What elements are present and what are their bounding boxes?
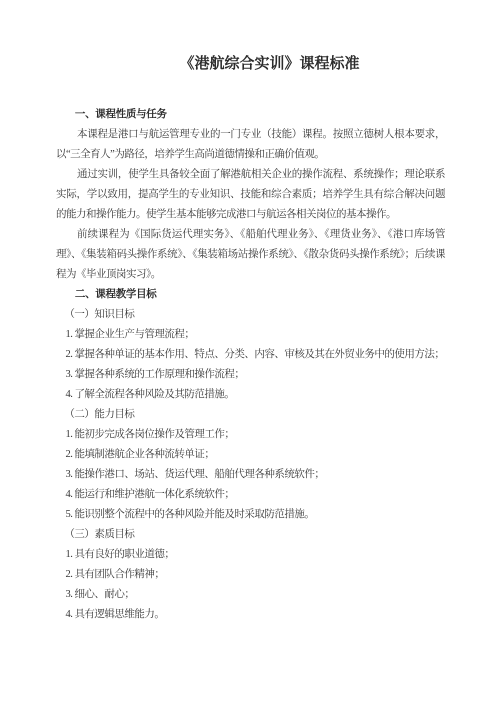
ability-item-5: 5. 能识别整个流程中的各种风险并能及时采取防范措施。	[56, 505, 445, 525]
para-course-sequence: 前续课程为《国际货运代理实务》、《船舶代理业务》、《理货业务》、《港口库场管理》…	[56, 225, 445, 285]
quality-item-2: 2. 具有团队合作精神；	[56, 565, 445, 585]
subsection-knowledge-heading: （一）知识目标	[56, 305, 445, 325]
para-training-purpose: 通过实训，使学生具备较全面了解港航相关企业的操作流程、系统操作；理论联系实际，学…	[56, 165, 445, 225]
document-page: 《港航综合实训》课程标准 一、课程性质与任务 本课程是港口与航运管理专业的一门专…	[0, 0, 500, 707]
knowledge-item-1: 1. 掌握企业生产与管理流程；	[56, 325, 445, 345]
ability-item-1: 1. 能初步完成各岗位操作及管理工作；	[56, 425, 445, 445]
subsection-quality-heading: （三）素质目标	[56, 525, 445, 545]
ability-item-4: 4. 能运行和维护港航一体化系统软件；	[56, 485, 445, 505]
knowledge-item-3: 3. 掌握各种系统的工作原理和操作流程；	[56, 365, 445, 385]
quality-item-1: 1. 具有良好的职业道德；	[56, 545, 445, 565]
knowledge-item-4: 4. 了解全流程各种风险及其防范措施。	[56, 385, 445, 405]
knowledge-item-2: 2. 掌握各种单证的基本作用、特点、分类、内容、审核及其在外贸业务中的使用方法；	[56, 345, 445, 365]
quality-item-3: 3. 细心、耐心；	[56, 585, 445, 605]
section1-heading: 一、课程性质与任务	[56, 105, 445, 125]
subsection-ability-heading: （二）能力目标	[56, 405, 445, 425]
document-title: 《港航综合实训》课程标准	[94, 53, 445, 75]
quality-item-4: 4. 具有逻辑思维能力。	[56, 605, 445, 625]
ability-item-3: 3. 能操作港口、场站、货运代理、船舶代理各种系统软件；	[56, 465, 445, 485]
para-course-nature: 本课程是港口与航运管理专业的一门专业（技能）课程。按照立德树人根本要求，以“三全…	[56, 125, 445, 165]
ability-item-2: 2. 能填制港航企业各种流转单证；	[56, 445, 445, 465]
section2-heading: 二、课程教学目标	[56, 285, 445, 305]
